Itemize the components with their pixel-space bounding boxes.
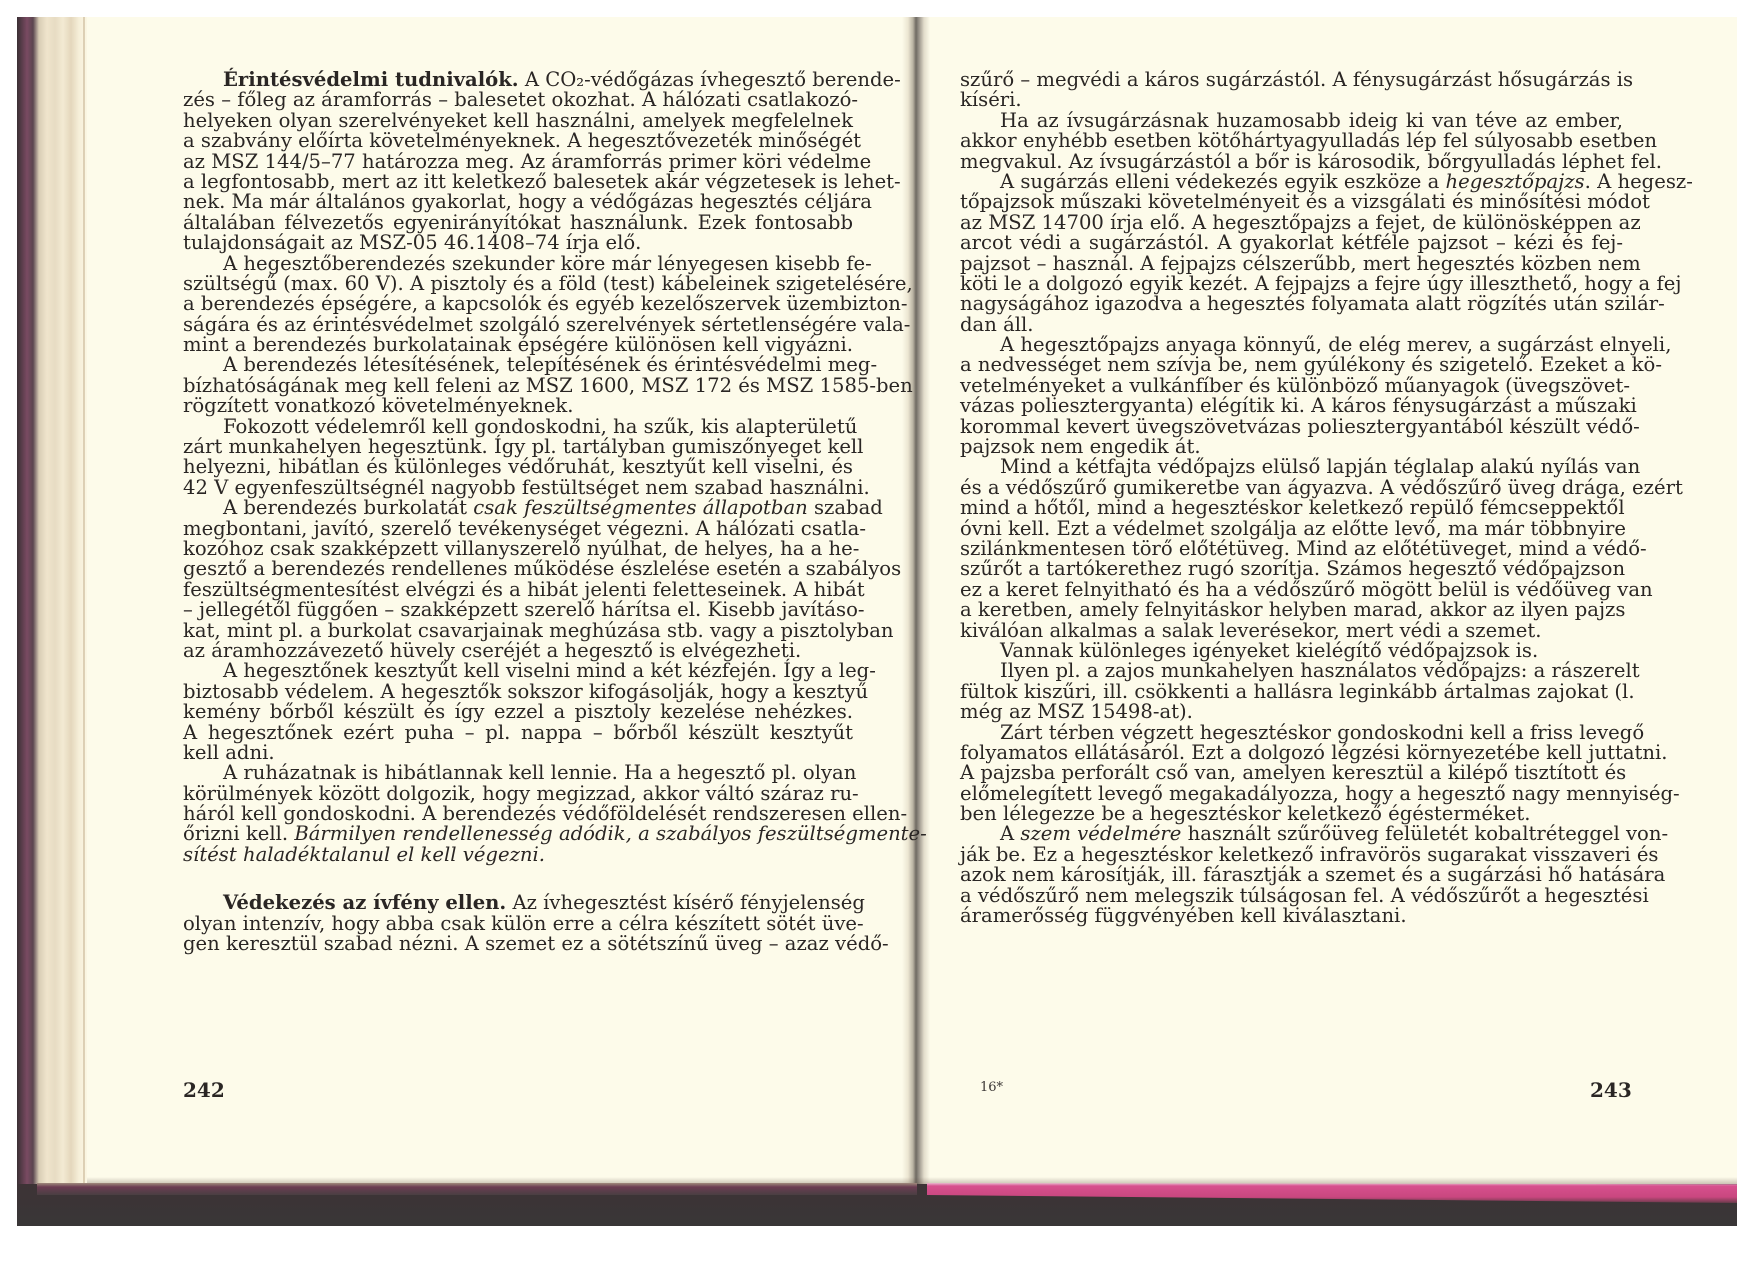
book-cover-left-edge xyxy=(37,1183,917,1195)
text-line: szűrő – megvédi a káros sugárzástól. A f… xyxy=(960,70,1623,90)
text-line: pajzsot – használ. A fejpajzs célszerűbb… xyxy=(960,254,1623,274)
text-line: dan áll. xyxy=(960,315,1623,335)
text-line: óvni kell. Ezt a védelmet szolgálja az e… xyxy=(960,519,1623,539)
text-line: Ha az ívsugárzásnak huzamosabb ideig ki … xyxy=(960,111,1623,131)
text-line: a berendezés épségére, a kapcsolók és eg… xyxy=(183,294,853,314)
text-line: a legfontosabb, mert az itt keletkező ba… xyxy=(183,172,853,192)
text-line: A sugárzás elleni védekezés egyik eszköz… xyxy=(960,172,1623,192)
text-line: a keretben, amely felnyitáskor helyben m… xyxy=(960,600,1623,620)
text-line: 42 V egyenfeszültségnél nagyobb festülts… xyxy=(183,478,853,498)
text-line: A hegesztőberendezés szekunder köre már … xyxy=(183,254,853,274)
text-line: általában félvezetős egyenirányítókat ha… xyxy=(183,213,853,233)
text-line: a védőszűrő nem melegszik túlságosan fel… xyxy=(960,886,1623,906)
text-line: A berendezés burkolatát csak feszültségm… xyxy=(183,498,853,518)
text-line: az MSZ 14700 írja elő. A hegesztőpajzs a… xyxy=(960,213,1623,233)
text-line: szültségű (max. 60 V). A pisztoly és a f… xyxy=(183,274,853,294)
text-line: nek. Ma már általános gyakorlat, hogy a … xyxy=(183,192,853,212)
text-line: kat, mint pl. a burkolat csavarjainak me… xyxy=(183,621,853,641)
text-line: szilánkmentesen törő előtétüveg. Mind az… xyxy=(960,539,1623,559)
text-line: a szabvány előírta követelményeknek. A h… xyxy=(183,131,853,151)
text-line: háról kell gondoskodni. A berendezés véd… xyxy=(183,804,853,824)
text-line: feszültségmentesítést elvégzi és a hibát… xyxy=(183,580,853,600)
text-line: Vannak különleges igényeket kielégítő vé… xyxy=(960,641,1623,661)
text-line: Zárt térben végzett hegesztéskor gondosk… xyxy=(960,723,1623,743)
text-line: az MSZ 144/5–77 határozza meg. Az áramfo… xyxy=(183,152,853,172)
text-line: helyeken olyan szerelvényeket kell haszn… xyxy=(183,111,853,131)
text-line: előmelegített levegő megakadályozza, hog… xyxy=(960,784,1623,804)
right-page-text: szűrő – megvédi a káros sugárzástól. A f… xyxy=(960,70,1623,926)
page-number-left: 242 xyxy=(183,1078,225,1102)
text-line: ez a keret felnyitható és ha a védőszűrő… xyxy=(960,580,1623,600)
text-line: A szem védelmére használt szűrőüveg felü… xyxy=(960,824,1623,844)
text-line: tőpajzsok műszaki követelményeit és a vi… xyxy=(960,192,1623,212)
text-line: Fokozott védelemről kell gondoskodni, ha… xyxy=(183,417,853,437)
text-line: bízhatóságának meg kell feleni az MSZ 16… xyxy=(183,376,853,396)
text-line: mint a berendezés burkolatainak épségére… xyxy=(183,335,853,355)
text-line: zés – főleg az áramforrás – balesetet ok… xyxy=(183,90,853,110)
text-line: kell adni. xyxy=(183,743,853,763)
text-line: ják be. Ez a hegesztéskor keletkező infr… xyxy=(960,845,1623,865)
page-stack-edge xyxy=(17,17,87,1226)
text-line: A pajzsba perforált cső van, amelyen ker… xyxy=(960,763,1623,783)
text-line: a nedvességet nem szívja be, nem gyúléko… xyxy=(960,355,1623,375)
text-line: áramerősség függvényében kell kiválaszta… xyxy=(960,906,1623,926)
section-gap xyxy=(183,865,853,893)
text-line: kíséri. xyxy=(960,90,1623,110)
printer-signature-mark: 16* xyxy=(980,1080,1003,1095)
text-line: őrizni kell. Bármilyen rendellenesség ad… xyxy=(183,824,853,844)
text-line: olyan intenzív, hogy abba csak külön err… xyxy=(183,914,853,934)
text-line: ságára és az érintésvédelmet szolgáló sz… xyxy=(183,315,853,335)
text-line: helyezni, hibátlan és különleges védőruh… xyxy=(183,457,853,477)
text-line: nagyságához igazodva a hegesztés folyama… xyxy=(960,294,1623,314)
text-line: kemény bőrből készült és így ezzel a pis… xyxy=(183,702,853,722)
text-line: A hegesztőpajzs anyaga könnyű, de elég m… xyxy=(960,335,1623,355)
text-line: mind a hőtől, mind a hegesztéskor keletk… xyxy=(960,498,1623,518)
text-line: – jellegétől függően – szakképzett szere… xyxy=(183,600,853,620)
section-heading: Védekezés az ívfény ellen. xyxy=(223,891,506,914)
text-line: pajzsok nem engedik át. xyxy=(960,437,1623,457)
text-line: vázas poliesztergyanta) elégítik ki. A k… xyxy=(960,396,1623,416)
text-line: gesztő a berendezés rendellenes működése… xyxy=(183,559,853,579)
text-line: még az MSZ 15498-at). xyxy=(960,702,1623,722)
text-line: kiválóan alkalmas a salak leverésekor, m… xyxy=(960,621,1623,641)
text-line: azok nem károsítják, ill. fárasztják a s… xyxy=(960,865,1623,885)
text-line: akkor enyhébb esetben kötőhártyagyulladá… xyxy=(960,131,1623,151)
emphasis-text: szem védelmére xyxy=(1020,822,1181,845)
text-line: és a védőszűrő gumikeretbe van ágyazva. … xyxy=(960,478,1623,498)
text-line: vetelményeket a vulkánfíber és különböző… xyxy=(960,376,1623,396)
text-line: biztosabb védelem. A hegesztők sokszor k… xyxy=(183,682,853,702)
emphasis-text: csak feszültségmentes állapotban xyxy=(473,496,808,519)
text-line: Mind a kétfajta védőpajzs elülső lapján … xyxy=(960,457,1623,477)
text-line: folyamatos ellátásáról. Ezt a dolgozó lé… xyxy=(960,743,1623,763)
emphasis-text: sítést haladéktalanul el kell végezni. xyxy=(183,843,545,866)
text-line: A hegesztőnek ezért puha – pl. nappa – b… xyxy=(183,723,853,743)
left-page-text: Érintésvédelmi tudnivalók. A CO₂-védőgáz… xyxy=(183,70,853,954)
text-line: megvakul. Az ívsugárzástól a bőr is káro… xyxy=(960,152,1623,172)
text-line: A berendezés létesítésének, telepítéséne… xyxy=(183,355,853,375)
text-line: A hegesztőnek kesztyűt kell viselni mind… xyxy=(183,661,853,681)
text-line: A ruházatnak is hibátlannak kell lennie.… xyxy=(183,763,853,783)
text-line: fültok kiszűri, ill. csökkenti a hallásr… xyxy=(960,682,1623,702)
text-line: ben lélegezze be a hegesztéskor keletkez… xyxy=(960,804,1623,824)
text-line: rögzített vonatkozó követelményeknek. xyxy=(183,396,853,416)
text-line: gen keresztül szabad nézni. A szemet ez … xyxy=(183,934,853,954)
text-line: köti le a dolgozó egyik kezét. A fejpajz… xyxy=(960,274,1623,294)
page-number-right: 243 xyxy=(1590,1078,1632,1102)
book-gutter xyxy=(902,17,930,1226)
text-line: megbontani, javító, szerelő tevékenysége… xyxy=(183,519,853,539)
text-line: sítést haladéktalanul el kell végezni. xyxy=(183,845,853,865)
text-line: Ilyen pl. a zajos munkahelyen használato… xyxy=(960,661,1623,681)
text-line: tulajdonságait az MSZ-05 46.1408–74 írja… xyxy=(183,233,853,253)
page-edge-line xyxy=(83,17,85,1226)
text-line: Érintésvédelmi tudnivalók. A CO₂-védőgáz… xyxy=(183,70,853,90)
text-line: körülmények között dolgozik, hogy megizz… xyxy=(183,784,853,804)
text-line: arcot védi a sugárzástól. A gyakorlat ké… xyxy=(960,233,1623,253)
text-line: kozóhoz csak szakképzett villanyszerelő … xyxy=(183,539,853,559)
text-line: korommal kevert üvegszövetvázas polieszt… xyxy=(960,417,1623,437)
text-line: Védekezés az ívfény ellen. Az ívhegeszté… xyxy=(183,893,853,913)
text-line: zárt munkahelyen hegesztünk. Így pl. tar… xyxy=(183,437,853,457)
text-line: szűrőt a tartókerethez rugó szorítja. Sz… xyxy=(960,559,1623,579)
